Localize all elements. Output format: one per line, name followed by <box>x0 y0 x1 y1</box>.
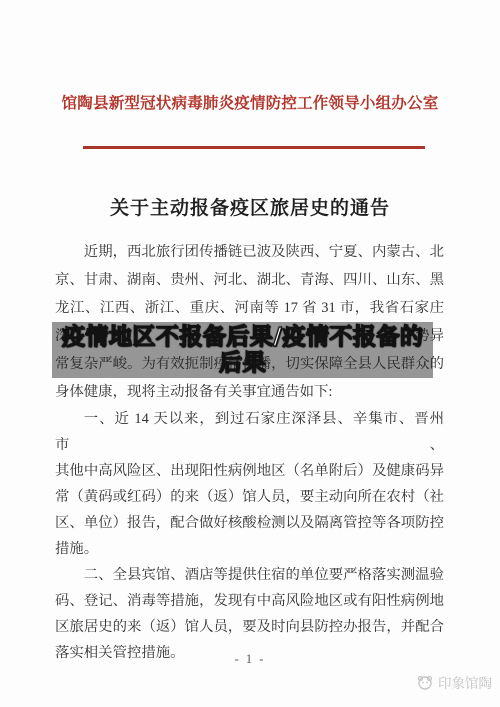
overlay-caption-text: 疫情地区不报备后果/疫情不报备的 后果 <box>52 324 433 376</box>
body-line: 京、甘肃、湖南、贵州、河北、湖北、青海、四川、山东、黑 <box>55 266 444 294</box>
notice-title: 关于主动报备疫区旅居史的通告 <box>0 193 500 220</box>
overlay-caption-line1: 疫情地区不报备后果/疫情不报备的 <box>62 324 423 350</box>
paragraph-item-1: 一、近 14 天以来，到过石家庄深泽县、辛集市、晋州市、 其他中高风险区、出现阳… <box>55 406 444 562</box>
body-line: 区旅居史的来（返）馆人员，要及时向县防控办报告，并配合 <box>55 614 444 640</box>
body-line: 一、近 14 天以来，到过石家庄深泽县、辛集市、晋州市、 <box>55 406 444 458</box>
body-line: 区、单位）报告，配合做好核酸检测以及隔离管控等各项防控 <box>55 510 444 536</box>
overlay-caption-line2: 后果 <box>219 350 266 376</box>
body-line: 其他中高风险区、出现阳性病例地区（名单附后）及健康码异 <box>55 458 444 484</box>
watermark-logo-icon <box>414 674 433 690</box>
office-name-heading: 馆陶县新型冠状病毒肺炎疫情防控工作领导小组办公室 <box>0 91 500 113</box>
body-line: 措施。 <box>55 536 444 562</box>
paragraph-item-2: 二、全县宾馆、酒店等提供住宿的单位要严格落实测温验 码、登记、消毒等措施，发现有… <box>55 562 444 666</box>
body-line: 身体健康，现将主动报备有关事宜通告如下: <box>55 378 444 406</box>
body-line: 二、全县宾馆、酒店等提供住宿的单位要严格落实测温验 <box>55 562 444 588</box>
body-line: 近期，西北旅行团传播链已波及陕西、宁夏、内蒙古、北 <box>55 238 444 266</box>
overlay-caption-banner: 疫情地区不报备后果/疫情不报备的 后果 <box>52 322 433 378</box>
watermark: 印象馆陶 <box>414 672 492 692</box>
document-page: 馆陶县新型冠状病毒肺炎疫情防控工作领导小组办公室 关于主动报备疫区旅居史的通告 … <box>0 0 500 707</box>
body-line: 码、登记、消毒等措施，发现有中高风险地区或有阳性病例地 <box>55 588 444 614</box>
body-line: 龙江、江西、浙江、重庆、河南等 17 省 31 市，我省石家庄 <box>55 294 444 322</box>
red-divider-line <box>83 146 425 149</box>
watermark-label: 印象馆陶 <box>438 672 492 692</box>
page-number: - 1 - <box>0 652 500 667</box>
notice-body: 近期，西北旅行团传播链已波及陕西、宁夏、内蒙古、北 京、甘肃、湖南、贵州、河北、… <box>55 238 444 666</box>
body-line: 常（黄码或红码）的来（返）馆人员，要主动向所在农村（社 <box>55 484 444 510</box>
